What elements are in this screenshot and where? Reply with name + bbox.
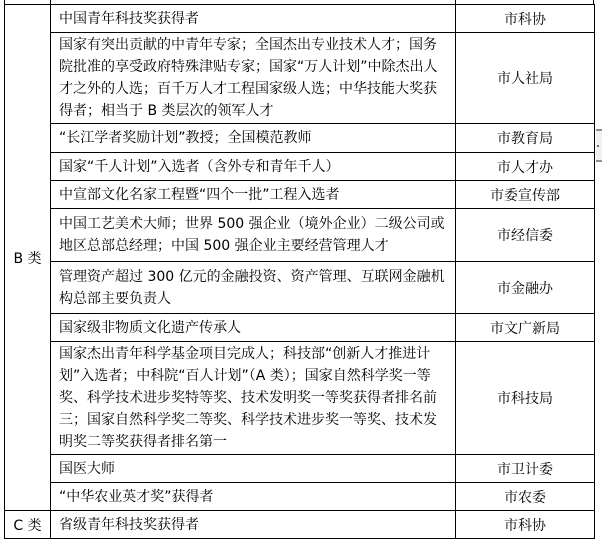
category-cell-b: B 类	[5, 5, 51, 511]
agency-cell: 市科技局	[456, 342, 595, 455]
description-cell: “长江学者奖励计划”教授；全国模范教师	[51, 124, 456, 153]
agency-cell: 市人社局	[456, 33, 595, 124]
description-cell: 国医大师	[51, 455, 456, 483]
scrollbar-fragment[interactable]	[596, 129, 602, 162]
table-row: 国家杰出青年科学基金项目完成人；科技部“创新人才推进计划”入选者；中科院“百人计…	[5, 342, 595, 455]
table-continuation-line	[593, 0, 594, 5]
agency-cell: 市文广新局	[456, 314, 595, 342]
table-row: 国医大师 市卫计委	[5, 455, 595, 483]
agency-cell: 市人才办	[456, 153, 595, 181]
table-continuation-line	[455, 0, 456, 5]
agency-cell: 市卫计委	[456, 455, 595, 483]
description-cell: 管理资产超过 300 亿元的金融投资、资产管理、互联网金融机构总部主要负责人	[51, 262, 456, 314]
table-row: 国家有突出贡献的中青年专家；全国杰出专业技术人才；国务院批准的享受政府特殊津贴专…	[5, 33, 595, 124]
category-cell-c: C 类	[5, 511, 51, 539]
description-cell: 中国青年科技奖获得者	[51, 5, 456, 33]
agency-cell: 市农委	[456, 483, 595, 511]
agency-cell: 市经信委	[456, 209, 595, 262]
table-row: B 类 中国青年科技奖获得者 市科协	[5, 5, 595, 33]
table-continuation-line	[4, 0, 5, 5]
document-table-region: B 类 中国青年科技奖获得者 市科协 国家有突出贡献的中青年专家；全国杰出专业技…	[4, 0, 595, 539]
description-cell: 国家“千人计划”入选者（含外专和青年千人）	[51, 153, 456, 181]
description-cell: 中宣部文化名家工程暨“四个一批”工程入选者	[51, 181, 456, 209]
table-row: “中华农业英才奖”获得者 市农委	[5, 483, 595, 511]
agency-cell: 市科协	[456, 5, 595, 33]
table-row: 国家“千人计划”入选者（含外专和青年千人） 市人才办	[5, 153, 595, 181]
description-cell: 国家有突出贡献的中青年专家；全国杰出专业技术人才；国务院批准的享受政府特殊津贴专…	[51, 33, 456, 124]
agency-cell: 市金融办	[456, 262, 595, 314]
talent-category-table: B 类 中国青年科技奖获得者 市科协 国家有突出贡献的中青年专家；全国杰出专业技…	[4, 4, 595, 539]
table-row: 中宣部文化名家工程暨“四个一批”工程入选者 市委宣传部	[5, 181, 595, 209]
table-row: 管理资产超过 300 亿元的金融投资、资产管理、互联网金融机构总部主要负责人 市…	[5, 262, 595, 314]
table-continuation-line	[50, 0, 51, 5]
description-cell: 国家杰出青年科学基金项目完成人；科技部“创新人才推进计划”入选者；中科院“百人计…	[51, 342, 456, 455]
description-cell: 中国工艺美术大师；世界 500 强企业（境外企业）二级公司或地区总部总经理；中国…	[51, 209, 456, 262]
table-row: C 类 省级青年科技奖获得者 市科协	[5, 511, 595, 539]
description-cell: “中华农业英才奖”获得者	[51, 483, 456, 511]
table-row: 中国工艺美术大师；世界 500 强企业（境外企业）二级公司或地区总部总经理；中国…	[5, 209, 595, 262]
table-row: “长江学者奖励计划”教授；全国模范教师 市教育局	[5, 124, 595, 153]
description-cell: 省级青年科技奖获得者	[51, 511, 456, 539]
agency-cell: 市委宣传部	[456, 181, 595, 209]
agency-cell: 市科协	[456, 511, 595, 539]
table-row: 国家级非物质文化遗产传承人 市文广新局	[5, 314, 595, 342]
scrollbar-dot	[597, 145, 599, 147]
description-cell: 国家级非物质文化遗产传承人	[51, 314, 456, 342]
agency-cell: 市教育局	[456, 124, 595, 153]
